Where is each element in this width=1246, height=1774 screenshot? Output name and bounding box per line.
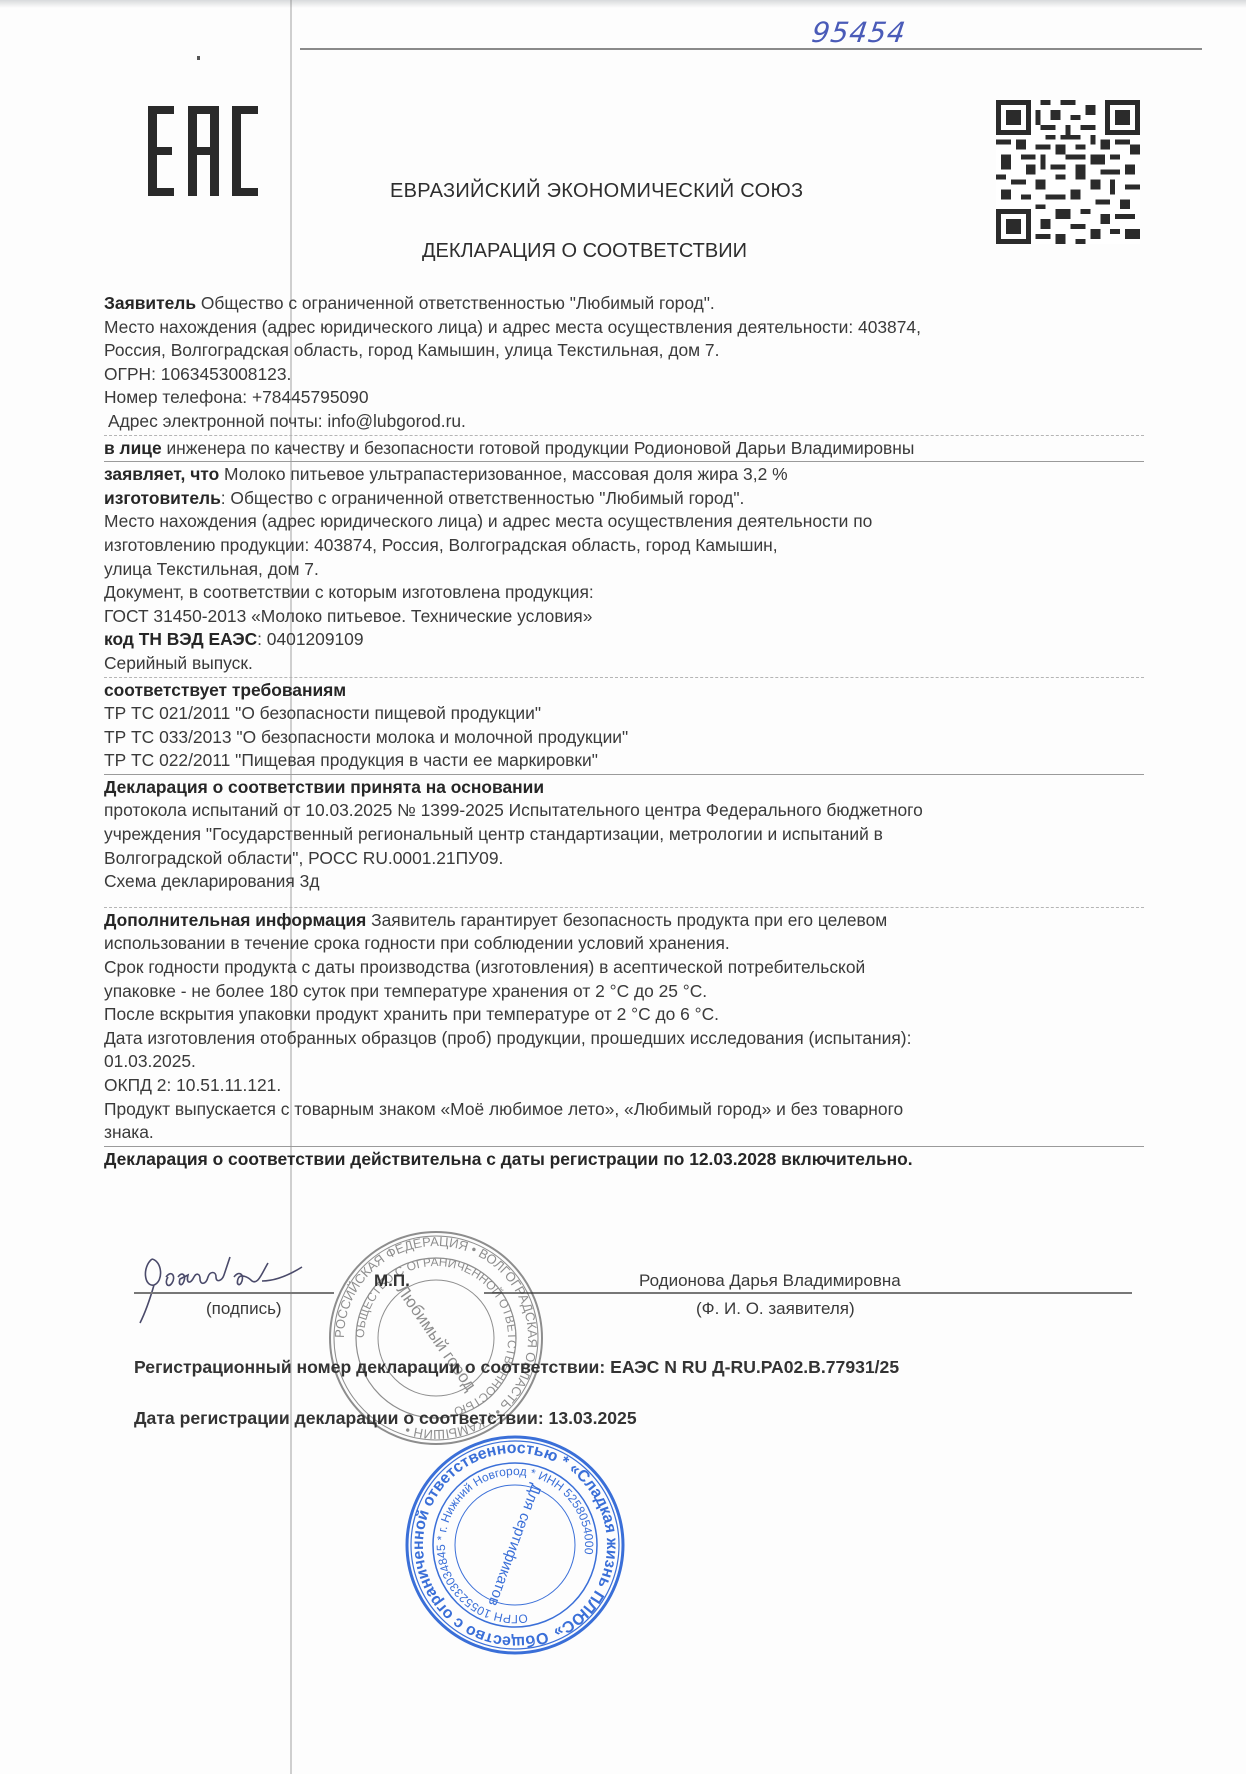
union-title: ЕВРАЗИЙСКИЙ ЭКОНОМИЧЕСКИЙ СОЮЗ — [390, 180, 803, 203]
manufacturer-address-2: изготовлению продукции: 403874, Россия, … — [104, 534, 1144, 558]
divider — [104, 461, 1144, 462]
tn-ved-label: код ТН ВЭД ЕАЭС — [104, 629, 257, 649]
certification-stamp-icon: Общество с ограниченной ответственностью… — [400, 1430, 630, 1660]
applicant-address-1: Место нахождения (адрес юридического лиц… — [104, 316, 1144, 340]
declares-line: заявляет, что Молоко питьевое ультрапаст… — [104, 463, 1144, 487]
basis-line-1: протокола испытаний от 10.03.2025 № 1399… — [104, 799, 1144, 823]
applicant-ogrn: ОГРН: 1063453008123. — [104, 363, 1144, 387]
qr-code-icon — [996, 100, 1140, 244]
declares-label: заявляет, что — [104, 464, 219, 484]
signature-line — [134, 1292, 334, 1294]
manufacturer-name: : Общество с ограниченной ответственност… — [221, 488, 745, 508]
divider — [104, 435, 1144, 436]
applicant-phone: Номер телефона: +78445795090 — [104, 386, 1144, 410]
seal-center-text: Любимый город — [393, 1281, 480, 1394]
declaration-page: 95454 — [0, 0, 1246, 1774]
top-rule — [300, 48, 1202, 50]
additional-info-label: Дополнительная информация — [104, 910, 366, 930]
company-seal-icon: РОССИЙСКАЯ ФЕДЕРАЦИЯ • ВОЛГОГРАДСКАЯ ОБЛ… — [326, 1228, 546, 1448]
document-title: ДЕКЛАРАЦИЯ О СООТВЕТСТВИИ — [422, 240, 747, 263]
handwritten-number: 95454 — [810, 16, 909, 49]
applicant-address-2: Россия, Волгоградская область, город Кам… — [104, 339, 1144, 363]
additional-info-line: Дополнительная информация Заявитель гара… — [104, 909, 1144, 933]
release-type: Серийный выпуск. — [104, 652, 1144, 676]
signature-block: М.П. Родионова Дарья Владимировна (подпи… — [104, 1255, 1144, 1335]
requirement-item: ТР ТС 022/2011 "Пищевая продукция в част… — [104, 749, 1144, 773]
standard-document-value: ГОСТ 31450-2013 «Молоко питьевое. Технич… — [104, 605, 1144, 629]
scan-dot — [197, 56, 200, 60]
signer-name: Родионова Дарья Владимировна — [639, 1271, 901, 1291]
standard-document-label: Документ, в соответствии с которым изгот… — [104, 581, 1144, 605]
name-caption: (Ф. И. О. заявителя) — [696, 1299, 855, 1319]
additional-info-8: ОКПД 2: 10.51.11.121. — [104, 1074, 1144, 1098]
requirement-item: ТР ТС 033/2013 "О безопасности молока и … — [104, 726, 1144, 750]
represented-by-text: инженера по качеству и безопасности гото… — [162, 438, 915, 458]
divider — [104, 774, 1144, 775]
additional-info-7: 01.03.2025. — [104, 1050, 1144, 1074]
additional-info-10: знака. — [104, 1121, 1144, 1145]
manufacturer-line: изготовитель: Общество с ограниченной от… — [104, 487, 1144, 511]
declaration-scheme: Схема декларирования 3д — [104, 870, 1144, 894]
additional-info-9: Продукт выпускается с товарным знаком «М… — [104, 1098, 1144, 1122]
declaration-body: Заявитель Общество с ограниченной ответс… — [104, 292, 1144, 1171]
manufacturer-address-3: улица Текстильная, дом 7. — [104, 558, 1144, 582]
additional-info-3: Срок годности продукта с даты производст… — [104, 956, 1144, 980]
applicant-line: Заявитель Общество с ограниченной ответс… — [104, 292, 1144, 316]
divider — [104, 907, 1144, 908]
represented-by-line: в лице инженера по качеству и безопаснос… — [104, 437, 1144, 461]
name-line — [484, 1292, 1132, 1294]
signature-caption: (подпись) — [206, 1299, 282, 1319]
stamp-center-text: Для сертификатов — [484, 1481, 544, 1608]
requirement-item: ТР ТС 021/2011 "О безопасности пищевой п… — [104, 702, 1144, 726]
divider — [104, 1146, 1144, 1147]
tn-ved-value: : 0401209109 — [257, 629, 363, 649]
applicant-label: Заявитель — [104, 293, 196, 313]
tn-ved-line: код ТН ВЭД ЕАЭС: 0401209109 — [104, 628, 1144, 652]
additional-info-text: Заявитель гарантирует безопасность проду… — [366, 910, 887, 930]
requirements-heading: соответствует требованиям — [104, 679, 1144, 703]
additional-info-4: упаковке - не более 180 суток при темпер… — [104, 980, 1144, 1004]
additional-info-5: После вскрытия упаковки продукт хранить … — [104, 1003, 1144, 1027]
additional-info-2: использовании в течение срока годности п… — [104, 932, 1144, 956]
applicant-email: Адрес электронной почты: info@lubgorod.r… — [104, 410, 1144, 434]
basis-heading: Декларация о соответствии принята на осн… — [104, 776, 1144, 800]
applicant-name: Общество с ограниченной ответственностью… — [196, 293, 715, 313]
basis-line-2: учреждения "Государственный региональный… — [104, 823, 1144, 847]
eac-logo-icon — [148, 106, 258, 196]
validity-statement: Декларация о соответствии действительна … — [104, 1148, 1144, 1172]
manufacturer-address-1: Место нахождения (адрес юридического лиц… — [104, 510, 1144, 534]
scan-edge-shadow — [0, 0, 1246, 8]
product-name: Молоко питьевое ультрапастеризованное, м… — [219, 464, 787, 484]
divider — [104, 677, 1144, 678]
manufacturer-label: изготовитель — [104, 488, 221, 508]
additional-info-6: Дата изготовления отобранных образцов (п… — [104, 1027, 1144, 1051]
basis-line-3: Волгоградской области", РОСС RU.0001.21П… — [104, 847, 1144, 871]
represented-by-label: в лице — [104, 438, 162, 458]
